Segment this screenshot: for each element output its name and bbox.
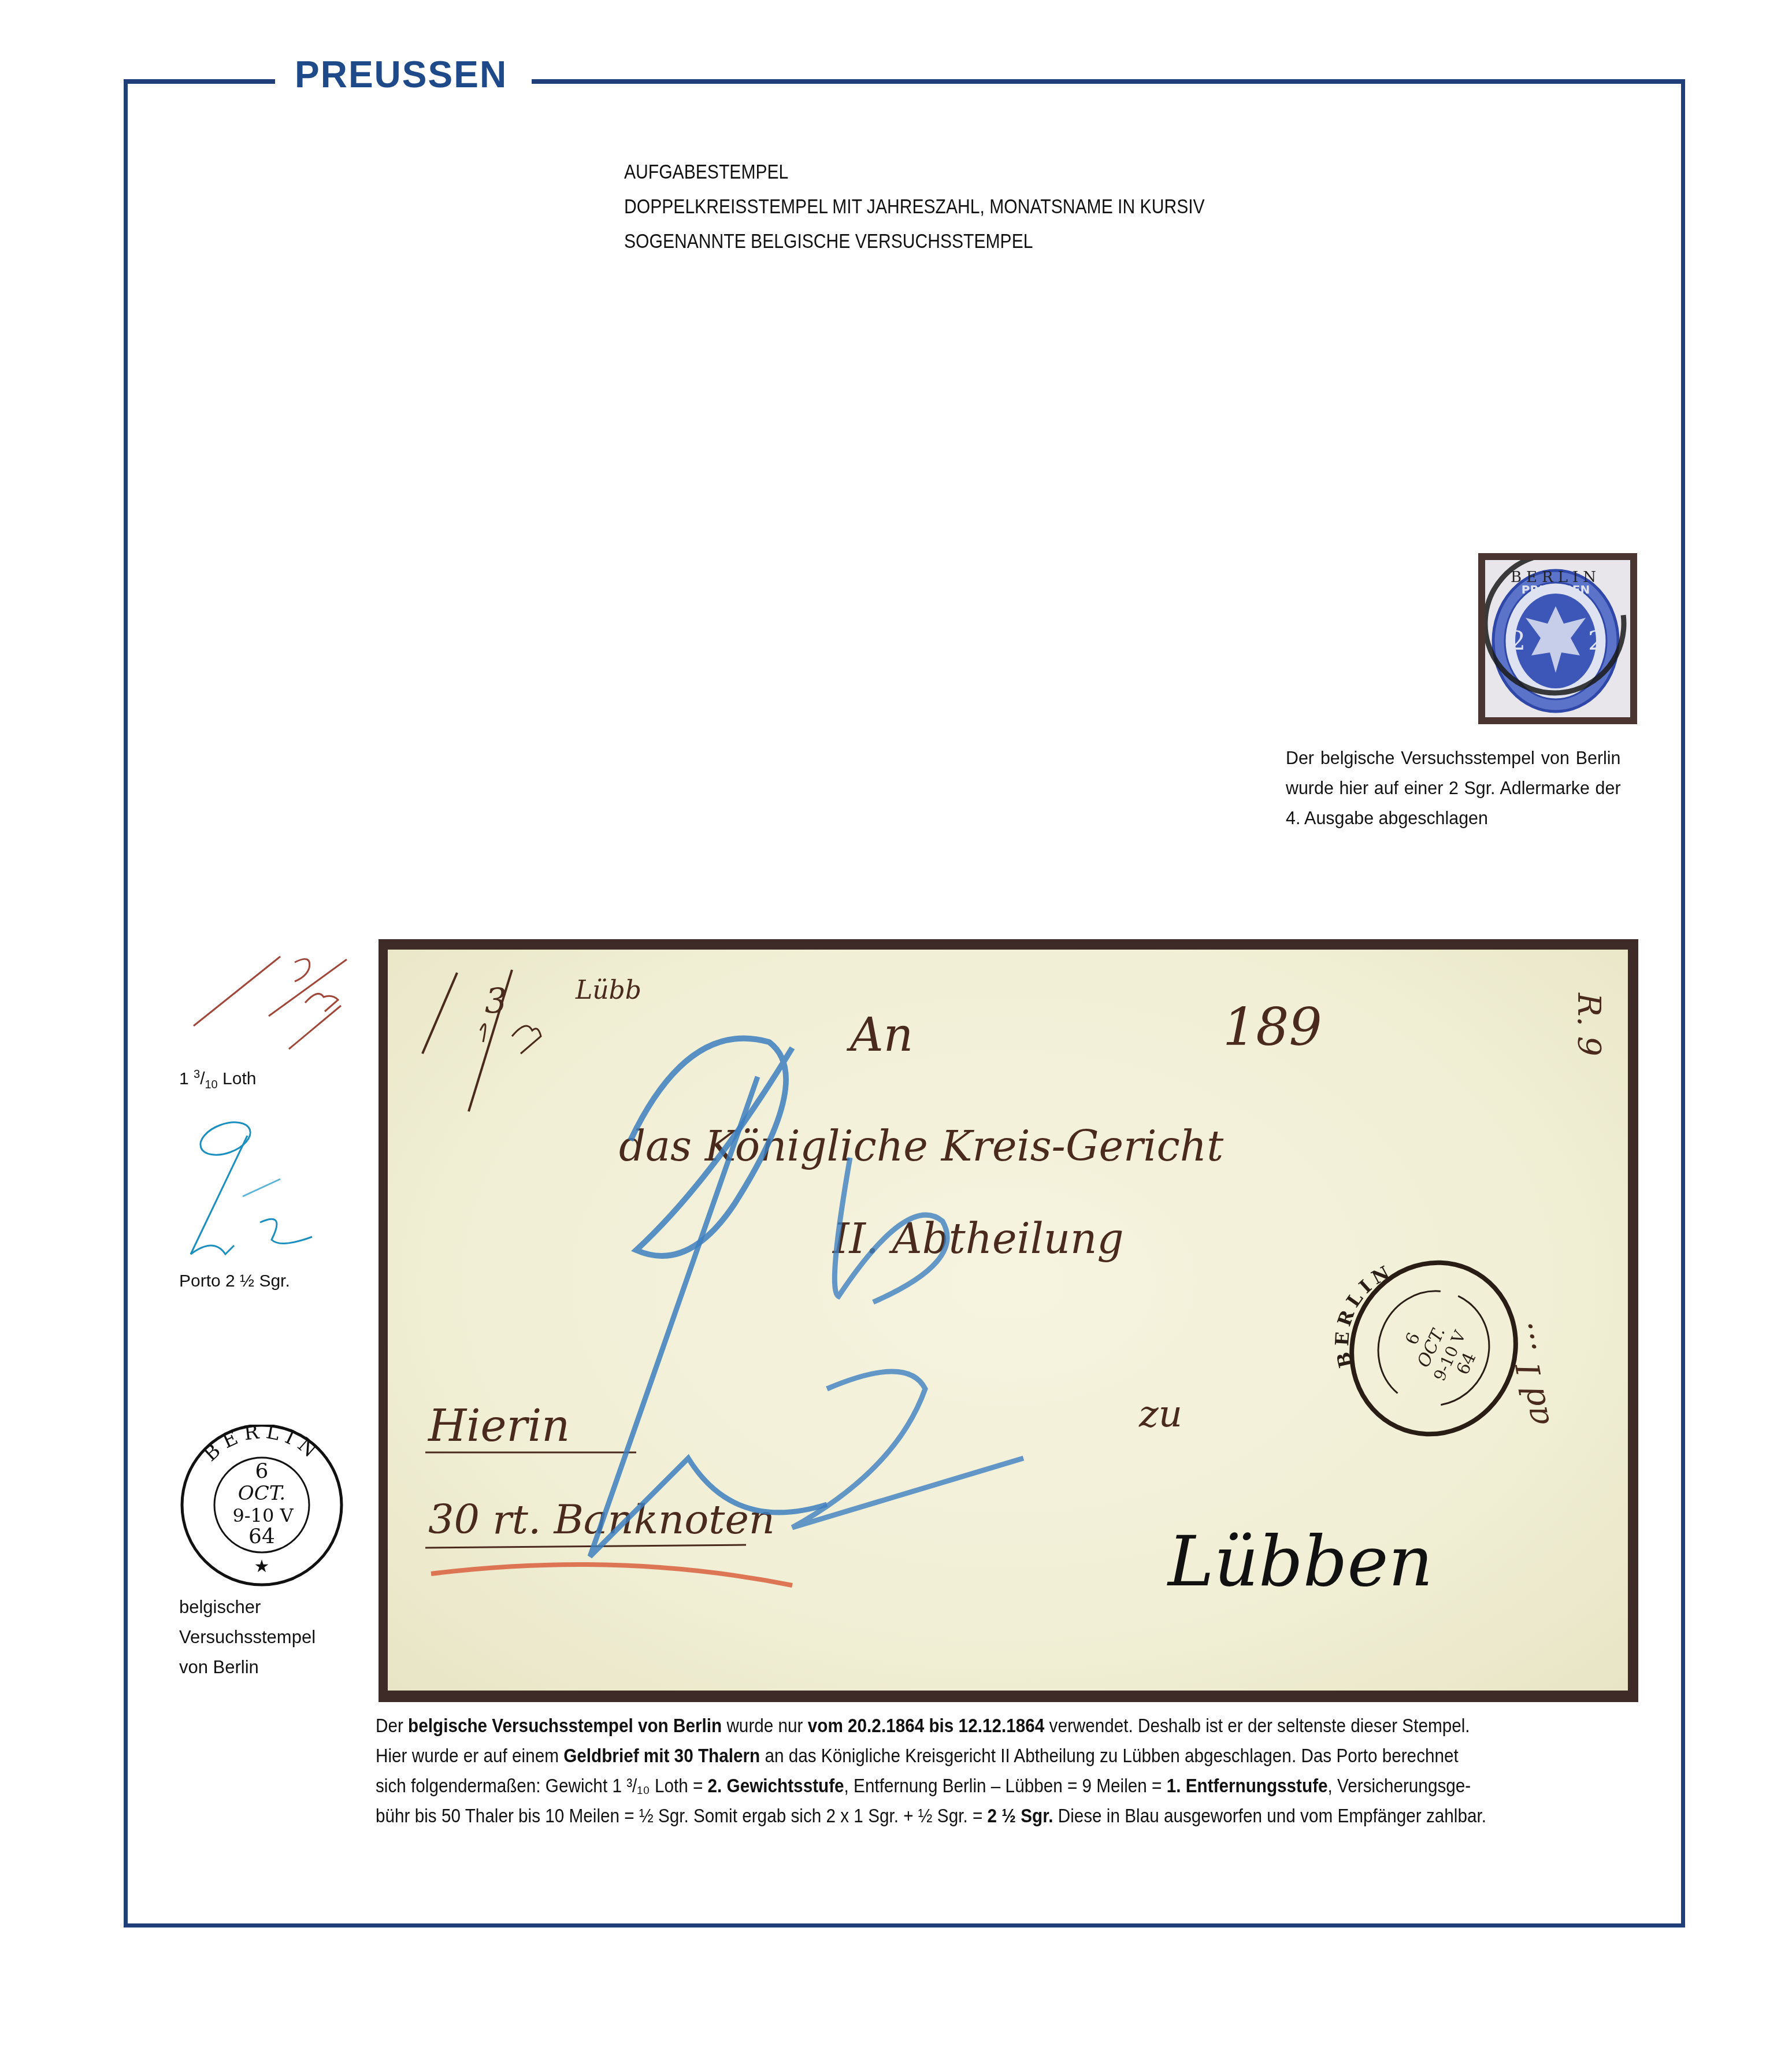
- cover-number: 189: [1223, 997, 1322, 1058]
- postmark-time: 9-10 V: [232, 1504, 294, 1526]
- cover-postmark-city: BERLIN: [1313, 1249, 1403, 1377]
- description-line: bühr bis 50 Thaler bis 10 Meilen = ½ Sgr…: [376, 1801, 1499, 1831]
- berlin-postmark-drawing-icon: BERLIN 6 OCT. 9-10 V 64 ★: [176, 1425, 350, 1592]
- porto-manuscript-icon: [179, 1115, 329, 1266]
- cover-description: Der belgische Versuchsstempel von Berlin…: [376, 1711, 1499, 1831]
- cover-corner-mark: R. 9: [1571, 992, 1607, 1056]
- frame-top-left-rule: [124, 79, 275, 84]
- stamp-value-left: 2: [1509, 627, 1526, 656]
- description-line: Der belgische Versuchsstempel von Berlin…: [376, 1711, 1499, 1741]
- address-line: II. Abtheilung: [832, 1214, 1124, 1263]
- heading-line: SOGENANNTE BELGISCHE VERSUCHSSTEMPEL: [624, 224, 1205, 259]
- address-line: An: [846, 1008, 913, 1062]
- weight-manuscript-icon: [173, 942, 358, 1052]
- body-text: , Entfernung Berlin – Lübben = 9 Meilen …: [844, 1775, 1167, 1796]
- cover-mount: 3 Lübb 189 R. 9 An das Königliche Kreis-…: [379, 939, 1638, 1702]
- stamp-caption: Der belgische Versuchsstempel von Berlin…: [1286, 743, 1621, 833]
- address-line: zu: [1138, 1393, 1182, 1436]
- heading-line: DOPPELKREISSTEMPEL MIT JAHRESZAHL, MONAT…: [624, 190, 1205, 224]
- stamp-mount: 2 2 PREUSSEN BERLIN: [1478, 553, 1637, 724]
- body-text: Diese in Blau ausgeworfen und vom Empfän…: [1053, 1805, 1486, 1826]
- cover-side-note: ad I ...: [1502, 1319, 1557, 1429]
- body-text: an das Königliche Kreisgericht II Abthei…: [760, 1745, 1459, 1766]
- cover-manuscript-icon: 3 Lübb 189 R. 9 An das Königliche Kreis-…: [388, 950, 1628, 1691]
- body-text: Hier wurde er auf einem: [376, 1745, 563, 1766]
- emphasis-text: 1. Entfernungsstufe: [1167, 1775, 1328, 1796]
- heading-line: AUFGABESTEMPEL: [624, 155, 1205, 190]
- body-text: sich folgendermaßen: Gewicht 1 ³/₁₀ Loth…: [376, 1775, 708, 1796]
- body-text: bühr bis 50 Thaler bis 10 Meilen = ½ Sgr…: [376, 1805, 988, 1826]
- postmark-caption: belgischer Versuchsstempel von Berlin: [179, 1592, 316, 1682]
- postmark-year: 64: [248, 1525, 275, 1548]
- cover-image: 3 Lübb 189 R. 9 An das Königliche Kreis-…: [388, 950, 1628, 1691]
- body-text: verwendet. Deshalb ist er der seltenste …: [1044, 1715, 1470, 1736]
- address-destination: Lübben: [1167, 1522, 1433, 1602]
- porto-label: Porto 2 ½ Sgr.: [179, 1272, 290, 1291]
- body-text: Der: [376, 1715, 408, 1736]
- emphasis-text: 2 ½ Sgr.: [988, 1805, 1053, 1826]
- cover-note-top: Lübb: [575, 976, 641, 1005]
- description-line: sich folgendermaßen: Gewicht 1 ³/₁₀ Loth…: [376, 1771, 1499, 1801]
- body-text: wurde nur: [722, 1715, 808, 1736]
- emphasis-text: belgische Versuchsstempel von Berlin: [408, 1715, 722, 1736]
- eagle-stamp-icon: 2 2 PREUSSEN BERLIN: [1485, 560, 1630, 717]
- frame-top-right-rule: [532, 79, 1685, 84]
- postmark-month: OCT.: [238, 1482, 285, 1505]
- weight-label: 1 3/10 Loth: [179, 1068, 256, 1092]
- page-title: PREUSSEN: [295, 53, 507, 96]
- emphasis-text: vom 20.2.1864 bis 12.12.1864: [808, 1715, 1045, 1736]
- description-line: Hier wurde er auf einem Geldbrief mit 30…: [376, 1741, 1499, 1771]
- stamp-postmark-city: BERLIN: [1511, 569, 1601, 586]
- emphasis-text: 2. Gewichtsstufe: [708, 1775, 844, 1796]
- section-heading: AUFGABESTEMPEL DOPPELKREISSTEMPEL MIT JA…: [624, 155, 1205, 259]
- stamp-value-right: 2: [1588, 627, 1604, 656]
- star-icon: ★: [254, 1556, 270, 1577]
- svg-text:BERLIN: BERLIN: [1313, 1249, 1403, 1377]
- address-line: das Königliche Kreis-Gericht: [619, 1122, 1224, 1170]
- emphasis-text: Geldbrief mit 30 Thalern: [563, 1745, 760, 1766]
- stamp-image: 2 2 PREUSSEN BERLIN: [1485, 560, 1630, 717]
- svg-text:3: 3: [485, 981, 507, 1022]
- postmark-day: 6: [255, 1459, 269, 1483]
- contents-line: Hierin: [427, 1400, 570, 1451]
- body-text: , Versicherungsge-: [1328, 1775, 1471, 1796]
